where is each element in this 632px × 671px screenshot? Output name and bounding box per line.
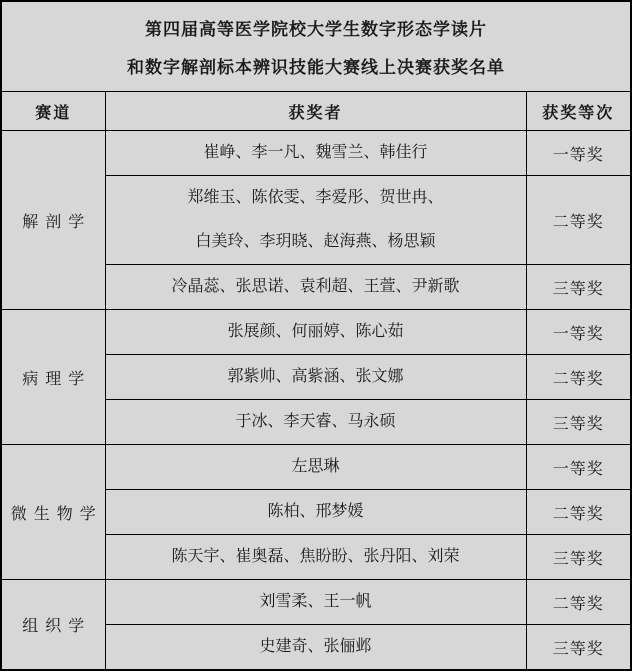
winners-cell: 刘雪柔、王一帆 [105, 580, 526, 625]
track-cell-anatomy: 解剖学 [1, 131, 105, 310]
document-title: 第四届高等医学院校大学生数字形态学读片 和数字解剖标本辨识技能大赛线上决赛获奖名… [2, 2, 630, 91]
award-cell: 三等奖 [526, 535, 631, 580]
winners-cell: 冷晶蕊、张思诺、袁利超、王萱、尹新歌 [105, 265, 526, 310]
award-list-document: 第四届高等医学院校大学生数字形态学读片 和数字解剖标本辨识技能大赛线上决赛获奖名… [0, 0, 632, 664]
column-header-award: 获奖等次 [526, 92, 631, 131]
winners-cell: 张展颜、何丽婷、陈心茹 [105, 310, 526, 355]
award-cell: 一等奖 [526, 445, 631, 490]
title-row: 第四届高等医学院校大学生数字形态学读片 和数字解剖标本辨识技能大赛线上决赛获奖名… [1, 1, 631, 92]
winners-cell: 陈天宇、崔奥磊、焦盼盼、张丹阳、刘荣 [105, 535, 526, 580]
award-cell: 三等奖 [526, 265, 631, 310]
document-title-line2: 和数字解剖标本辨识技能大赛线上决赛获奖名单 [2, 53, 630, 78]
award-cell: 一等奖 [526, 131, 631, 176]
table-header-row: 赛道 获奖者 获奖等次 [1, 92, 631, 131]
winners-cell: 陈柏、邢梦媛 [105, 490, 526, 535]
document-title-line1: 第四届高等医学院校大学生数字形态学读片 [2, 15, 630, 40]
table-row: 组织学 刘雪柔、王一帆 二等奖 [1, 580, 631, 625]
table-row: 病理学 张展颜、何丽婷、陈心茹 一等奖 [1, 310, 631, 355]
winners-cell: 郭紫帅、高紫涵、张文娜 [105, 355, 526, 400]
award-cell: 一等奖 [526, 310, 631, 355]
winners-cell: 左思琳 [105, 445, 526, 490]
award-cell: 三等奖 [526, 400, 631, 445]
winners-cell: 郑维玉、陈依雯、李爱彤、贺世冉、 白美玲、李玥晓、赵海燕、杨思颖 [105, 176, 526, 265]
track-cell-microbiology: 微生物学 [1, 445, 105, 580]
table-row: 微生物学 左思琳 一等奖 [1, 445, 631, 490]
column-header-track: 赛道 [1, 92, 105, 131]
award-cell: 二等奖 [526, 355, 631, 400]
track-cell-histology: 组织学 [1, 580, 105, 671]
award-cell: 二等奖 [526, 580, 631, 625]
track-cell-pathology: 病理学 [1, 310, 105, 445]
award-cell: 三等奖 [526, 625, 631, 671]
column-header-winners: 获奖者 [105, 92, 526, 131]
award-cell: 二等奖 [526, 490, 631, 535]
document-title-cell: 第四届高等医学院校大学生数字形态学读片 和数字解剖标本辨识技能大赛线上决赛获奖名… [1, 1, 631, 92]
award-table: 第四届高等医学院校大学生数字形态学读片 和数字解剖标本辨识技能大赛线上决赛获奖名… [0, 0, 632, 671]
winners-cell: 史建奇、张俪邺 [105, 625, 526, 671]
winners-cell: 崔峥、李一凡、魏雪兰、韩佳行 [105, 131, 526, 176]
award-cell: 二等奖 [526, 176, 631, 265]
winners-cell: 于冰、李天睿、马永硕 [105, 400, 526, 445]
table-row: 解剖学 崔峥、李一凡、魏雪兰、韩佳行 一等奖 [1, 131, 631, 176]
